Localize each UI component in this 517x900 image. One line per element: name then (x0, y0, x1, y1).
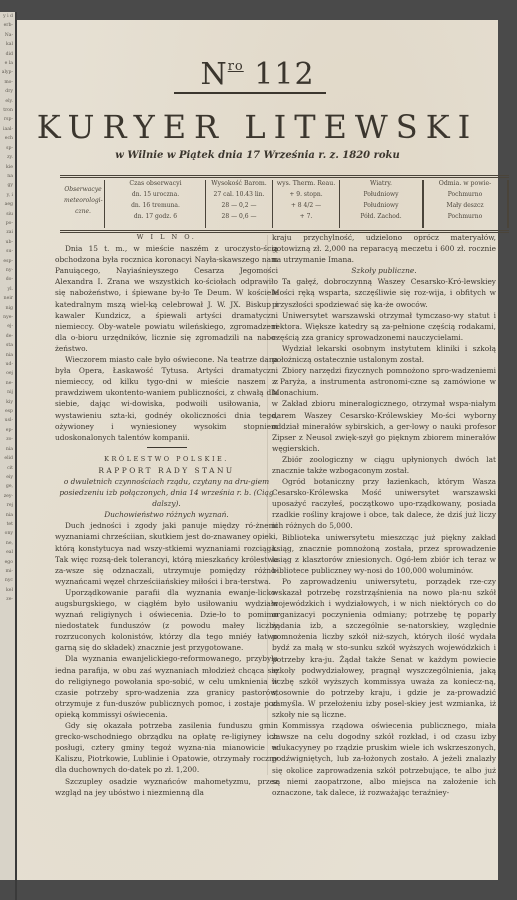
adjacent-page-line: cit (0, 464, 15, 473)
adjacent-page-line: mi- (0, 567, 15, 576)
article-paragraph: Kommissya rządowa oświecenia publicznego… (272, 720, 496, 798)
number-prefix: N (200, 57, 227, 92)
adjacent-page-line: ely. (0, 97, 15, 106)
adjacent-page-line: po- (0, 219, 15, 228)
article-paragraph: Wieczorem miasto całe było oświecone. Na… (55, 354, 278, 443)
issue-number: Nro 112 (17, 57, 498, 92)
adjacent-page-line: mo- (0, 78, 15, 87)
adjacent-page-line: sta (0, 341, 15, 350)
section-heading-krolestwo: KRÓLESTWO POLSKIE. (55, 454, 278, 465)
article-paragraph: Wydział lekarski osobnym instytutem klin… (272, 343, 496, 365)
adjacent-page-line: ej- (0, 322, 15, 331)
right-column: kraju przychylność, udzielono oprócz mat… (272, 232, 496, 798)
article-paragraph: Dnia 15 t. m., w mieście naszém z uroczy… (55, 243, 278, 354)
adjacent-page-line: dry (0, 87, 15, 96)
adjacent-page-line: nig (0, 304, 15, 313)
article-paragraph: Ta gałęź, dobroczynną Waszey Cesarsko-Kr… (272, 276, 496, 309)
adjacent-page-line: siu (0, 210, 15, 219)
adjacent-page-line: de- (0, 332, 15, 341)
adjacent-page-line: nia (0, 351, 15, 360)
article-paragraph: Ogród botaniczny przy łazienkach, którym… (272, 476, 496, 531)
adjacent-page-line: oej (0, 369, 15, 378)
adjacent-page-line: alyp- (0, 68, 15, 77)
adjacent-page-line: ne, (0, 539, 15, 548)
adjacent-page-line: esp (0, 407, 15, 416)
article-paragraph: Zbiory narzędzi fizycznych pomnożono spr… (272, 365, 496, 398)
weather-label-cell: Obserwacye meteorologi-czne. (64, 178, 102, 230)
weather-col-sky: Odmia. w powie- Pochmurno Mały deszcz Po… (425, 178, 505, 230)
number-value: 112 (254, 57, 314, 92)
article-paragraph: Dla wyznania ewanjelickiego-reformowaneg… (55, 653, 278, 720)
adjacent-page-line: Na- (0, 31, 15, 40)
adjacent-page-line: ub- (0, 238, 15, 247)
article-paragraph: Gdy się okazała potrzeba zasilenia fundu… (55, 720, 278, 775)
article-paragraph: Zbiór zoologiczny w ciągu upłynionych dw… (272, 454, 496, 476)
adjacent-page-line: esp- (0, 257, 15, 266)
adjacent-page-line: ge, (0, 482, 15, 491)
adjacent-page-line: eal (0, 548, 15, 557)
dateline: w Wilnie w Piątek dnia 17 Września r. z.… (17, 150, 498, 161)
adjacent-page-line: kel (0, 586, 15, 595)
article-paragraph: Zakład zbioru mineralogicznego, otrzymał… (272, 398, 496, 453)
article-paragraph: Uporządkowanie parafii dla wyznania ewan… (55, 587, 278, 654)
weather-label: Obserwacye meteorologi-czne. (64, 178, 102, 217)
adjacent-page-line: nia (0, 445, 15, 454)
section-rule (147, 447, 187, 448)
adjacent-page-line: nye- (0, 313, 15, 322)
adjacent-page-line: ech (0, 134, 15, 143)
adjacent-page-line: nij (0, 388, 15, 397)
adjacent-page-line: tet (0, 520, 15, 529)
adjacent-page-line: usl- (0, 416, 15, 425)
article-paragraph: Uniwersytet warszawski otrzymał tymczaso… (272, 310, 496, 343)
adjacent-page-line: zey- (0, 492, 15, 501)
adjacent-page-line: eiy (0, 473, 15, 482)
article-paragraph: kraju przychylność, udzielono oprócz mat… (272, 232, 496, 265)
masthead-rule (174, 92, 326, 94)
adjacent-page-line: nia (0, 511, 15, 520)
weather-col-time: Czas obserwacyi dn. 15 uroczna. dn. 16 t… (108, 178, 203, 230)
adjacent-page-line: na (0, 172, 15, 181)
weather-table: Obserwacye meteorologi-czne. Czas obserw… (60, 175, 509, 233)
weather-col-barometer: Wysokość Barom. 27 cal. 10.43 lin. 28 — … (207, 178, 271, 230)
article-paragraph: Biblioteka uniwersytetu mieszcząc już pi… (272, 532, 496, 576)
section-heading-szkoly: Szkoły publiczne. (272, 265, 496, 276)
adjacent-page-line: aeg (0, 200, 15, 209)
adjacent-page-line: nyc (0, 576, 15, 585)
adjacent-page-line: elid (0, 454, 15, 463)
adjacent-page-line: zai (0, 228, 15, 237)
adjacent-page-line: zy. (0, 153, 15, 162)
article-paragraph: Duch jedności i zgody jaki panuje między… (55, 520, 278, 587)
report-subtitle: o dwuletnich czynnościach rządu, czytany… (55, 476, 278, 509)
adjacent-page-line: erb- (0, 21, 15, 30)
adjacent-page-line: e la (0, 59, 15, 68)
weather-col-thermometer: wys. Therm. Reau. + 9. stopn. + 8 4/2 — … (274, 178, 338, 230)
adjacent-page-line: yl. (0, 285, 15, 294)
article-paragraph: Po zaprowadzeniu uniwersytetu, porządek … (272, 576, 496, 720)
adjacent-page-line: kiy (0, 398, 15, 407)
adjacent-page-line: y, i (0, 191, 15, 200)
adjacent-page-line: ze- (0, 595, 15, 604)
adjacent-page-line: tron (0, 106, 15, 115)
adjacent-page-line: did (0, 50, 15, 59)
adjacent-page-line: su- (0, 247, 15, 256)
number-superscript: ro (228, 59, 244, 74)
report-section-heading: Duchowieństwo różnych wyznań. (55, 509, 278, 520)
adjacent-page-line: gy (0, 181, 15, 190)
section-heading-wilno: W I L N O. (55, 232, 278, 243)
adjacent-page-line: zo- (0, 435, 15, 444)
left-column: W I L N O. Dnia 15 t. m., w mieście nasz… (55, 232, 278, 798)
adjacent-page-line: ony (0, 529, 15, 538)
adjacent-page-line: do- (0, 275, 15, 284)
article-paragraph: Szczupley osadzie wyznańców mahometyzmu,… (55, 776, 278, 798)
newspaper-title: KURYER LITEWSKI (17, 108, 498, 146)
adjacent-page-line: rej (0, 501, 15, 510)
adjacent-page-strip: y i derb-Na-kaldide laalyp-mo-dryely.tro… (0, 12, 15, 880)
adjacent-page-line: ny- (0, 266, 15, 275)
weather-col-wind: Wiatry. Południowy Południowy Półd. Zach… (341, 178, 421, 230)
adjacent-page-line: neir (0, 294, 15, 303)
adjacent-page-line: ne- (0, 379, 15, 388)
adjacent-page-line: kal (0, 40, 15, 49)
adjacent-page-line: y i d (0, 12, 15, 21)
adjacent-page-line: rsp- (0, 115, 15, 124)
adjacent-page-line: sp- (0, 144, 15, 153)
adjacent-page-line: ego (0, 558, 15, 567)
report-title: RAPPORT RADY STANU (55, 465, 278, 476)
adjacent-page-line: kie (0, 163, 15, 172)
adjacent-page-line: ep- (0, 426, 15, 435)
newspaper-page: Nro 112 KURYER LITEWSKI w Wilnie w Piąte… (17, 20, 498, 880)
adjacent-page-line: iaal- (0, 125, 15, 134)
adjacent-page-line: ud- (0, 360, 15, 369)
